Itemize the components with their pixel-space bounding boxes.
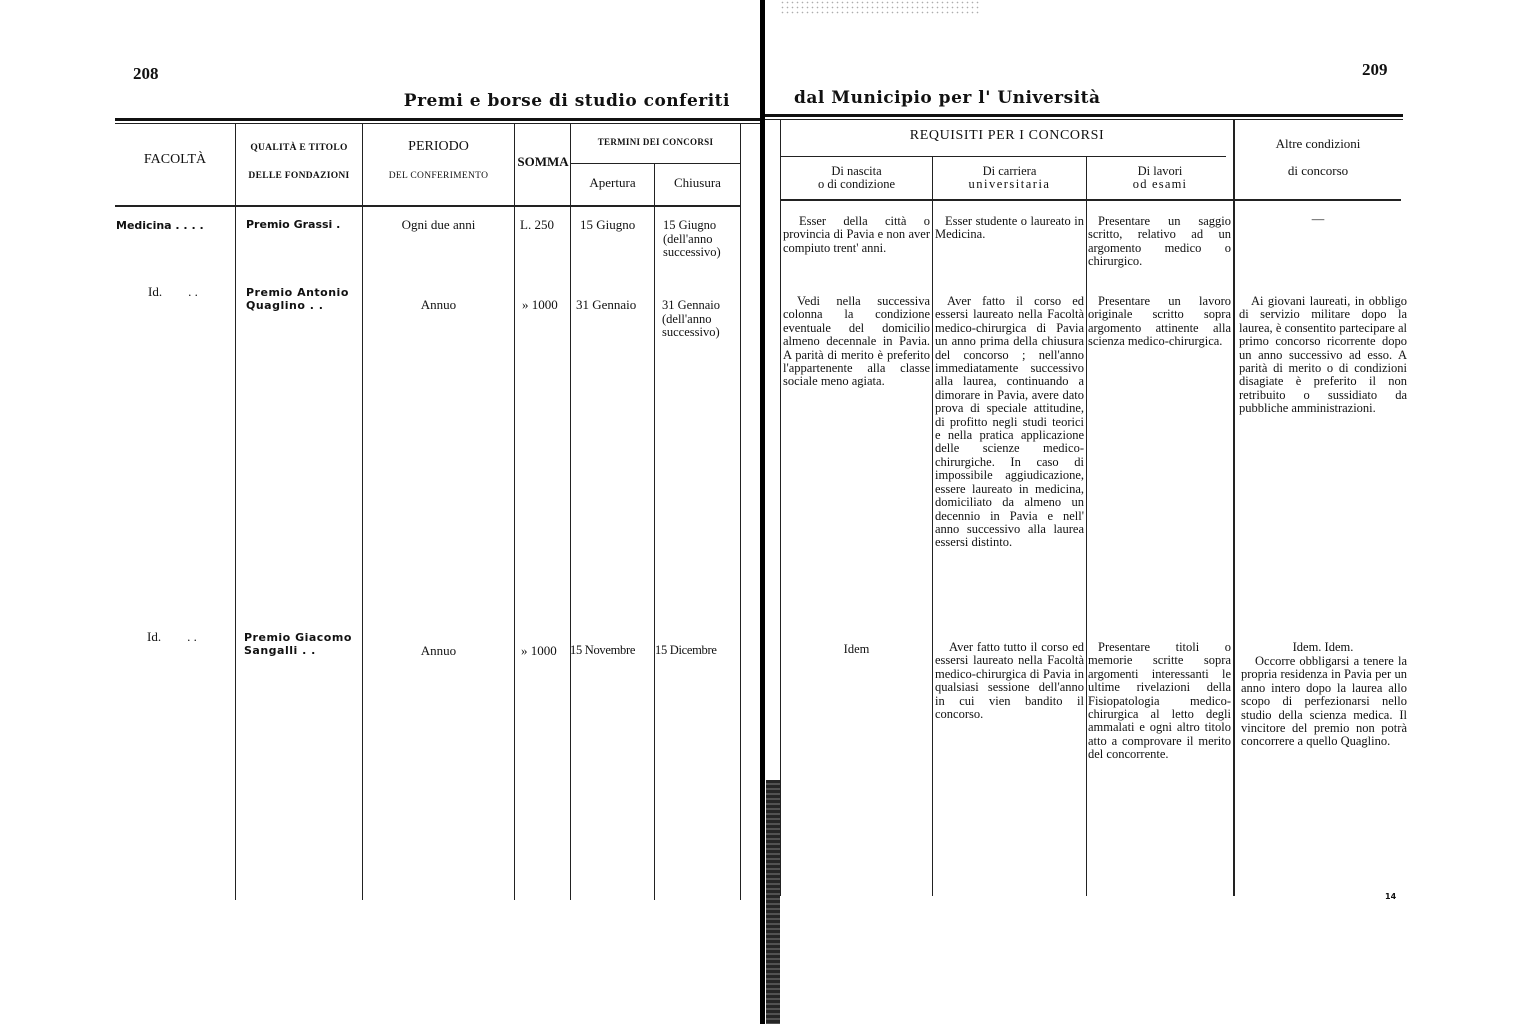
col-rule (780, 120, 781, 896)
cell-lavori: Presentare un saggio scritto, relativo a… (1088, 215, 1231, 269)
termini-subrule (570, 163, 740, 164)
header-altre-1: Altre condizioni (1235, 137, 1401, 151)
col-rule (654, 163, 655, 900)
cell-fondazione: Premio Antonio Quaglino . . (246, 286, 358, 312)
header-nascita-2: o di condizione (781, 178, 932, 192)
col-rule (514, 124, 515, 900)
gutter-shadow (766, 780, 780, 1024)
cell-fondazione: Premio Grassi . (246, 218, 360, 231)
cell-fondazione: Premio Giacomo Sangalli . . (244, 631, 358, 657)
top-rule-left (115, 118, 760, 121)
header-rule-right (780, 199, 1401, 201)
cell-altre-heading: Idem. Idem. (1239, 641, 1407, 655)
book-spine (760, 0, 765, 1024)
cell-facolta: Id. . . (147, 630, 233, 644)
page-number-left: 208 (133, 64, 159, 84)
requisiti-subrule (780, 156, 1226, 157)
cell-facolta: Medicina . . . . (116, 219, 234, 232)
header-qualita-1: QUALITÀ E TITOLO (236, 143, 362, 153)
cell-nascita: Idem (781, 643, 932, 657)
cell-carriera: Aver fatto il corso ed essersi laureato … (935, 295, 1084, 550)
running-head-left: Premi e borse di studio conferiti (330, 91, 730, 111)
cell-somma: » 1000 (522, 298, 568, 312)
cell-somma: » 1000 (521, 644, 569, 658)
header-periodo-2: DEL CONFERIMENTO (363, 171, 514, 181)
cell-altre: — (1235, 213, 1401, 227)
col-rule (362, 124, 363, 900)
cell-somma: L. 250 (520, 218, 568, 232)
header-termini: TERMINI DEI CONCORSI (571, 137, 740, 147)
signature-mark: 14 (1385, 892, 1396, 901)
cell-apertura: 31 Gennaio (576, 298, 652, 312)
cell-chiusura: 15 Dicembre (655, 644, 740, 658)
cell-apertura: 15 Novembre (570, 644, 654, 658)
header-requisiti: REQUISITI PER I CONCORSI (781, 128, 1233, 144)
cell-altre: Occorre obbligarsi a tenere la propria r… (1241, 655, 1407, 749)
header-periodo-1: PERIODO (363, 139, 514, 155)
header-rule-left (115, 205, 740, 207)
header-carriera-2: universitaria (933, 178, 1086, 192)
cell-lavori: Presentare titoli o memorie scritte sopr… (1088, 641, 1231, 762)
cell-facolta: Id. . . (148, 285, 234, 299)
header-qualita-2: DELLE FONDAZIONI (236, 171, 362, 181)
cell-nascita: Esser della città o provincia di Pavia e… (783, 215, 930, 255)
cell-periodo: Annuo (363, 298, 514, 312)
cell-lavori: Presentare un lavoro originale scritto s… (1088, 295, 1231, 349)
cell-apertura: 15 Giugno (580, 218, 652, 232)
page-number-right: 209 (1362, 60, 1388, 80)
col-rule (1233, 120, 1235, 896)
header-chiusura: Chiusura (655, 175, 740, 191)
header-facolta: FACOLTÀ (115, 152, 235, 168)
running-head-right: dal Municipio per l' Università (794, 88, 1101, 108)
header-lavori-2: od esami (1087, 178, 1233, 192)
cell-chiusura: 15 Giugno (dell'anno successivo) (663, 219, 739, 260)
header-somma: SOMMA (515, 154, 571, 170)
cell-chiusura: 31 Gennaio (dell'anno successivo) (662, 299, 738, 340)
top-rule-right (765, 114, 1403, 117)
cell-altre: Ai giovani laureati, in obbligo di servi… (1239, 295, 1407, 416)
col-rule (740, 124, 741, 900)
col-rule (570, 124, 571, 900)
cell-carriera: Esser studente o laureato in Medicina. (935, 215, 1084, 242)
top-rule-left-thin (115, 123, 760, 124)
header-altre-2: di concorso (1235, 164, 1401, 178)
cell-carriera: Aver fatto tutto il corso ed essersi lau… (935, 641, 1084, 721)
cell-nascita: Vedi nella successiva colonna la condizi… (783, 295, 930, 389)
col-rule (1086, 156, 1087, 896)
cell-periodo: Annuo (363, 644, 514, 658)
top-rule-right-thin (765, 119, 1403, 120)
cell-periodo: Ogni due anni (363, 218, 514, 232)
header-apertura: Apertura (571, 175, 654, 191)
scan-noise (780, 0, 980, 14)
col-rule (932, 156, 933, 896)
col-rule (235, 124, 236, 900)
